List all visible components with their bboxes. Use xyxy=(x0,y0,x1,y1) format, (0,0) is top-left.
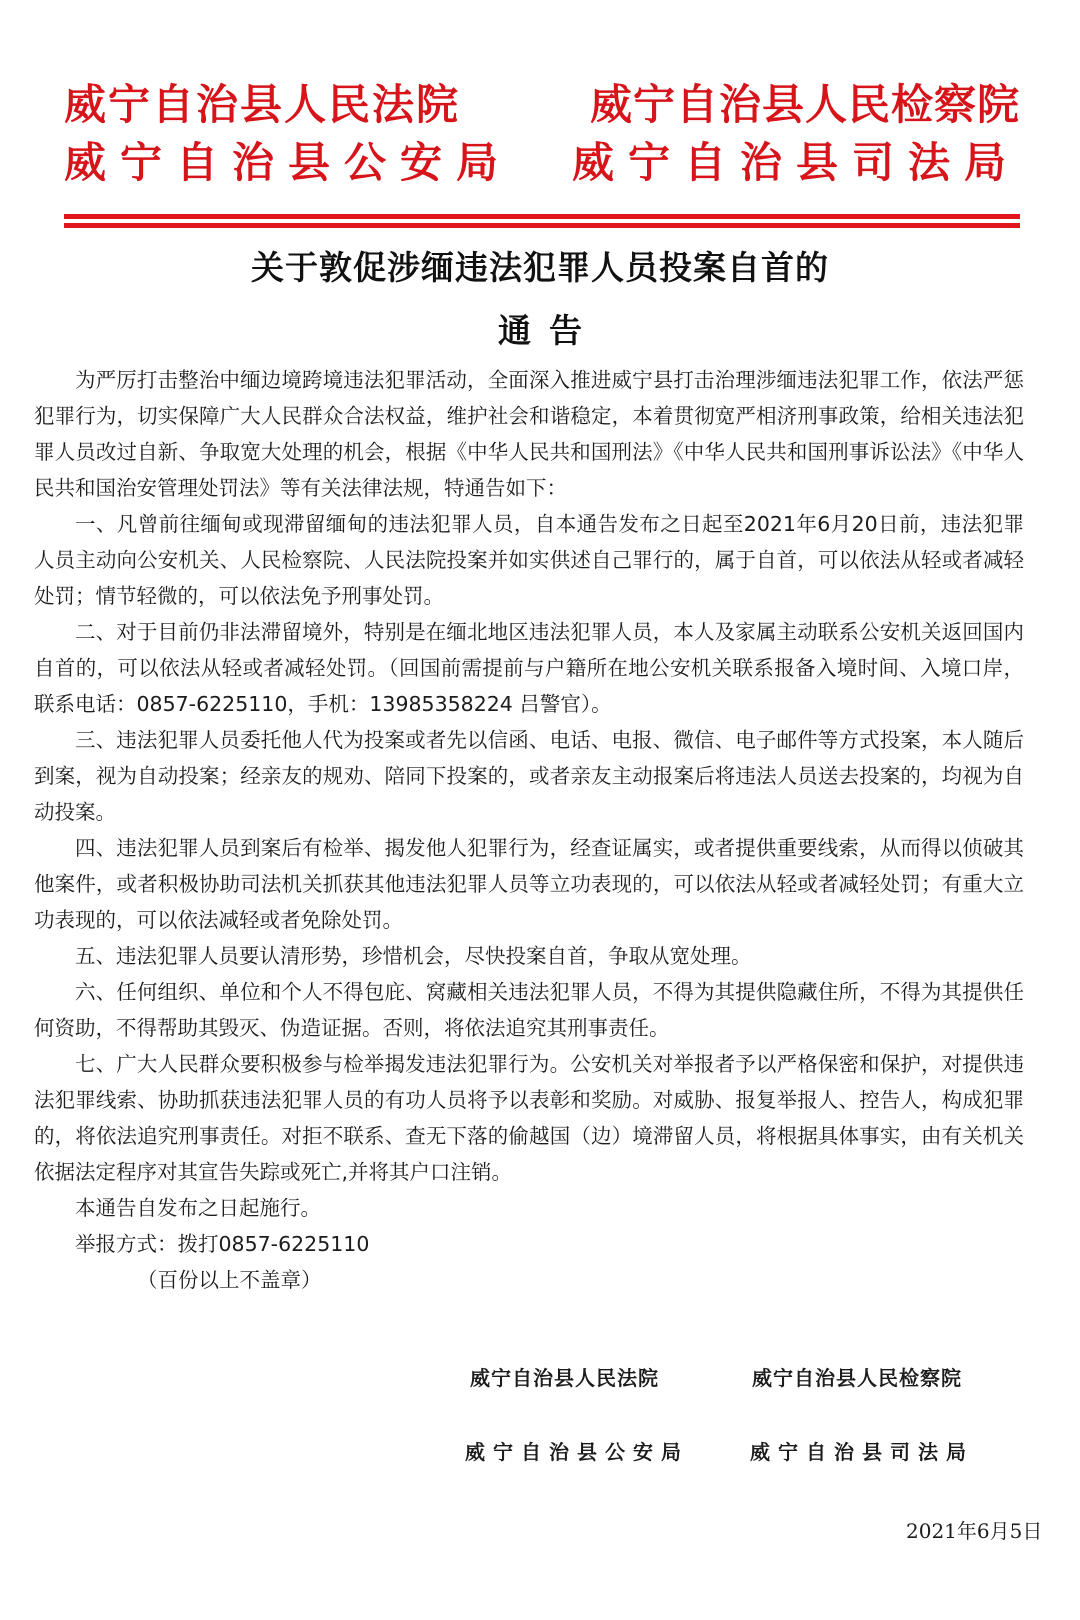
clause-5: 五、违法犯罪人员要认清形势，珍惜机会，尽快投案自首，争取从宽处理。 xyxy=(34,938,1024,974)
red-divider-top xyxy=(64,214,1020,219)
letterhead-row-1: 威宁自治县人民法院 威宁自治县人民检察院 xyxy=(64,74,1020,130)
document-subtitle: 通告 xyxy=(0,305,1080,352)
issue-date: 2021年6月5日 xyxy=(906,1515,1042,1544)
clause-6: 六、任何组织、单位和个人不得包庇、窝藏相关违法犯罪人员，不得为其提供隐藏住所，不… xyxy=(34,974,1024,1046)
signature-police: 威宁自治县公安局 xyxy=(465,1436,689,1465)
clause-2: 二、对于目前仍非法滞留境外，特别是在缅北地区违法犯罪人员，本人及家属主动联系公安… xyxy=(34,614,1024,722)
signature-justice-bureau: 威宁自治县司法局 xyxy=(750,1436,974,1465)
clause-4: 四、违法犯罪人员到案后有检举、揭发他人犯罪行为，经查证属实，或者提供重要线索，从… xyxy=(34,830,1024,938)
clause-7: 七、广大人民群众要积极参与检举揭发违法犯罪行为。公安机关对举报者予以严格保密和保… xyxy=(34,1046,1024,1190)
effective-statement: 本通告自发布之日起施行。 xyxy=(34,1190,1024,1226)
signature-court: 威宁自治县人民法院 xyxy=(470,1362,659,1391)
letterhead-row-2: 威宁自治县公安局 威宁自治县司法局 xyxy=(64,132,1020,188)
report-method: 举报方式：拨打0857-6225110 xyxy=(34,1226,1024,1262)
intro-paragraph: 为严厉打击整治中缅边境跨境违法犯罪活动，全面深入推进威宁县打击治理涉缅违法犯罪工… xyxy=(34,362,1024,506)
clause-3: 三、违法犯罪人员委托他人代为投案或者先以信函、电话、电报、微信、电子邮件等方式投… xyxy=(34,722,1024,830)
stamp-note: （百份以上不盖章） xyxy=(34,1262,1024,1298)
document-title: 关于敦促涉缅违法犯罪人员投案自首的 xyxy=(0,242,1080,289)
letterhead-court: 威宁自治县人民法院 xyxy=(64,72,460,132)
letterhead-justice-bureau: 威宁自治县司法局 xyxy=(572,130,1020,190)
red-divider-bottom xyxy=(64,223,1020,228)
clause-1: 一、凡曾前往缅甸或现滞留缅甸的违法犯罪人员，自本通告发布之日起至2021年6月2… xyxy=(34,506,1024,614)
signature-procuratorate: 威宁自治县人民检察院 xyxy=(752,1362,962,1391)
letterhead-police: 威宁自治县公安局 xyxy=(64,130,512,190)
letterhead-procuratorate: 威宁自治县人民检察院 xyxy=(590,72,1020,132)
document-body: 为严厉打击整治中缅边境跨境违法犯罪活动，全面深入推进威宁县打击治理涉缅违法犯罪工… xyxy=(34,362,1024,1298)
